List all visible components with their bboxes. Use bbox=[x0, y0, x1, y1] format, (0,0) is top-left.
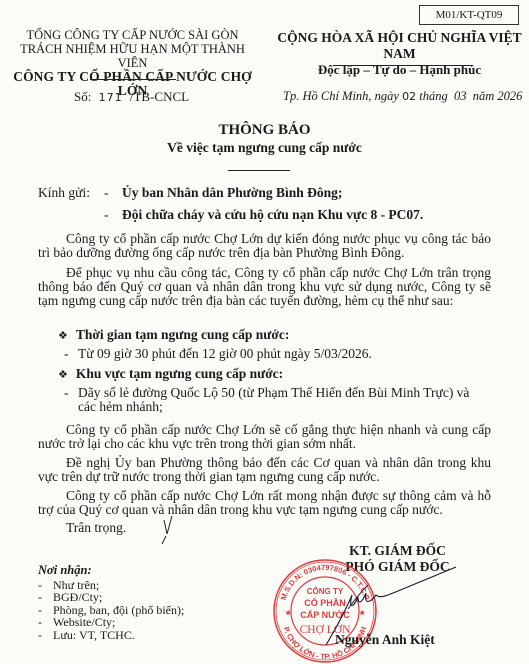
reference-number: Số: 171 /TB-CNCL bbox=[74, 89, 189, 105]
title-main: THÔNG BÁO bbox=[0, 122, 529, 139]
item-dash: - bbox=[38, 591, 53, 604]
divider-title bbox=[228, 170, 290, 171]
item-dash: - bbox=[64, 386, 78, 400]
addressee-dash: - bbox=[104, 206, 109, 223]
closing: Trân trọng. bbox=[38, 521, 491, 535]
company-type: TRÁCH NHIỆM HỮU HẠN MỘT THÀNH VIÊN bbox=[10, 42, 255, 70]
issue-date: Tp. Hồ Chí Minh, ngày 02 tháng 03 năm 20… bbox=[283, 89, 522, 104]
title-subtitle: Về việc tạm ngưng cung cấp nước bbox=[0, 139, 529, 156]
item-dash: - bbox=[64, 347, 78, 361]
divider-left bbox=[90, 79, 176, 80]
section-time-title: Thời gian tạm ngưng cung cấp nước: bbox=[76, 327, 289, 342]
time-item-text: Từ 09 giờ 30 phút đến 12 giờ 00 phút ngà… bbox=[78, 346, 372, 361]
issuer-header: TỔNG CÔNG TY CẤP NƯỚC SÀI GÒN TRÁCH NHIỆ… bbox=[10, 28, 255, 98]
addressee-1: Ủy ban Nhân dân Phường Bình Đông; bbox=[122, 184, 342, 201]
date-month: 03 bbox=[454, 89, 467, 103]
reference-suffix: /TB-CNCL bbox=[130, 89, 189, 104]
signer-name: Nguyễn Anh Kiệt bbox=[335, 632, 435, 648]
parent-company: TỔNG CÔNG TY CẤP NƯỚC SÀI GÒN bbox=[10, 28, 255, 42]
date-day: 02 bbox=[402, 90, 416, 103]
national-title: CỘNG HÒA XÃ HỘI CHỦ NGHĨA VIỆT NAM bbox=[270, 30, 529, 62]
section-area-heading: ❖Khu vực tạm ngưng cung cấp nước: bbox=[58, 366, 283, 382]
area-item-text: Dãy số lẻ đường Quốc Lộ 50 (từ Phạm Thế … bbox=[78, 385, 469, 400]
section-time-heading: ❖Thời gian tạm ngưng cung cấp nước: bbox=[58, 327, 289, 343]
addressee-2: Đội chữa cháy và cứu hộ cứu nạn Khu vực … bbox=[122, 206, 423, 223]
initial-mark-icon bbox=[160, 514, 180, 544]
form-code-box: M01/KT-QT09 bbox=[419, 5, 519, 25]
date-year-label: năm bbox=[473, 89, 495, 103]
section-area-title: Khu vực tạm ngưng cung cấp nước: bbox=[76, 366, 283, 381]
date-month-label: tháng bbox=[419, 89, 447, 103]
document-title: THÔNG BÁO Về việc tạm ngưng cung cấp nướ… bbox=[0, 122, 529, 156]
svg-text:★: ★ bbox=[285, 609, 292, 617]
reference-handwritten-number: 171 bbox=[99, 91, 123, 104]
diamond-bullet-icon: ❖ bbox=[58, 329, 68, 342]
addressee-label: Kính gửi: bbox=[38, 184, 90, 201]
reference-label: Số: bbox=[74, 89, 91, 104]
recipients-heading: Nơi nhận: bbox=[38, 564, 184, 577]
recipients-list: Nơi nhận: -Như trên; -BGĐ/Cty; -Phòng, b… bbox=[38, 564, 184, 641]
recipient-item: -Lưu: VT, TCHC. bbox=[38, 629, 184, 642]
area-item-continuation: các hẻm nhánh; bbox=[64, 400, 494, 414]
paragraph-request: Đề nghị Ủy ban Phường thông báo đến các … bbox=[38, 456, 491, 484]
divider-right bbox=[333, 65, 473, 66]
paragraph-notice: Để phục vụ nhu cầu công tác, Công ty cổ … bbox=[38, 266, 491, 308]
date-prefix: Tp. Hồ Chí Minh, ngày bbox=[283, 89, 399, 103]
date-year: 2026 bbox=[497, 89, 522, 103]
item-dash: - bbox=[38, 616, 53, 629]
item-dash: - bbox=[38, 629, 53, 642]
addressee-dash: - bbox=[104, 184, 109, 201]
diamond-bullet-icon: ❖ bbox=[58, 368, 68, 381]
paragraph-intro: Công ty cổ phần cấp nước Chợ Lớn dự kiến… bbox=[38, 232, 491, 260]
paragraph-commitment: Công ty cổ phần cấp nước Chợ Lớn sẽ cố g… bbox=[38, 423, 491, 451]
section-time-item: -Từ 09 giờ 30 phút đến 12 giờ 00 phút ng… bbox=[64, 347, 494, 361]
signer-authority: KT. GIÁM ĐỐC bbox=[315, 543, 480, 559]
national-header: CỘNG HÒA XÃ HỘI CHỦ NGHĨA VIỆT NAM Độc l… bbox=[270, 30, 529, 78]
paragraph-thanks: Công ty cổ phần cấp nước Chợ Lớn rất mon… bbox=[38, 489, 491, 517]
section-area-item: -Dãy số lẻ đường Quốc Lộ 50 (từ Phạm Thế… bbox=[64, 386, 494, 414]
recipient-text: Lưu: VT, TCHC. bbox=[53, 628, 135, 642]
